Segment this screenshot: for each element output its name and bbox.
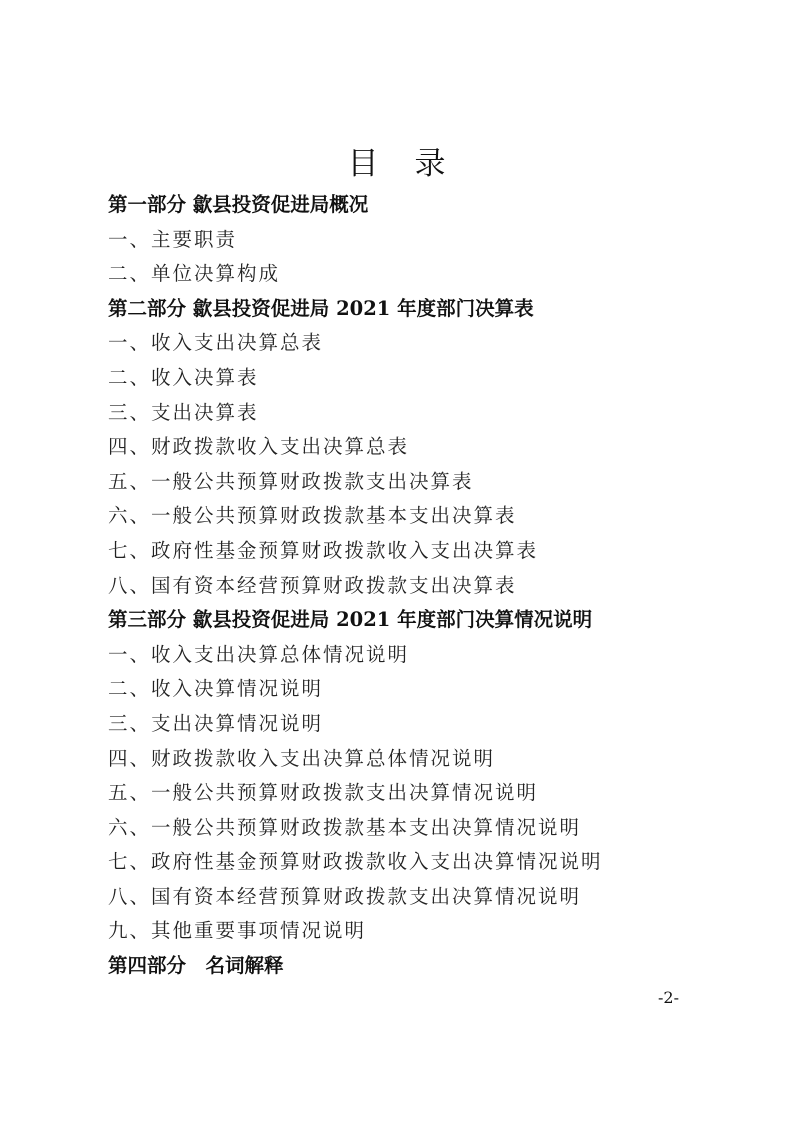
toc-item: 二、收入决算表 xyxy=(108,361,728,396)
toc-item: 一、收入支出决算总表 xyxy=(108,326,728,361)
toc-item: 七、政府性基金预算财政拨款收入支出决算表 xyxy=(108,534,728,569)
table-of-contents: 第一部分 歙县投资促进局概况 一、主要职责 二、单位决算构成 第二部分 歙县投资… xyxy=(108,188,728,984)
page-title: 目录 xyxy=(0,142,793,186)
toc-item: 四、财政拨款收入支出决算总表 xyxy=(108,430,728,465)
toc-item: 三、支出决算情况说明 xyxy=(108,707,728,742)
toc-item: 八、国有资本经营预算财政拨款支出决算表 xyxy=(108,569,728,604)
toc-item: 五、一般公共预算财政拨款支出决算表 xyxy=(108,465,728,500)
toc-part-1: 第一部分 歙县投资促进局概况 xyxy=(108,188,728,223)
toc-item: 二、单位决算构成 xyxy=(108,257,728,292)
toc-item: 一、收入支出决算总体情况说明 xyxy=(108,638,728,673)
toc-item: 五、一般公共预算财政拨款支出决算情况说明 xyxy=(108,776,728,811)
toc-item: 九、其他重要事项情况说明 xyxy=(108,914,728,949)
toc-item: 二、收入决算情况说明 xyxy=(108,672,728,707)
toc-item: 七、政府性基金预算财政拨款收入支出决算情况说明 xyxy=(108,845,728,880)
toc-item: 八、国有资本经营预算财政拨款支出决算情况说明 xyxy=(108,880,728,915)
toc-part-3: 第三部分 歙县投资促进局 2021 年度部门决算情况说明 xyxy=(108,603,728,638)
toc-item: 六、一般公共预算财政拨款基本支出决算情况说明 xyxy=(108,811,728,846)
toc-part-2: 第二部分 歙县投资促进局 2021 年度部门决算表 xyxy=(108,292,728,327)
toc-item: 一、主要职责 xyxy=(108,223,728,258)
page-number: -2- xyxy=(658,988,679,1007)
toc-item: 三、支出决算表 xyxy=(108,396,728,431)
toc-part-4: 第四部分 名词解释 xyxy=(108,949,728,984)
toc-item: 四、财政拨款收入支出决算总体情况说明 xyxy=(108,742,728,777)
toc-item: 六、一般公共预算财政拨款基本支出决算表 xyxy=(108,499,728,534)
